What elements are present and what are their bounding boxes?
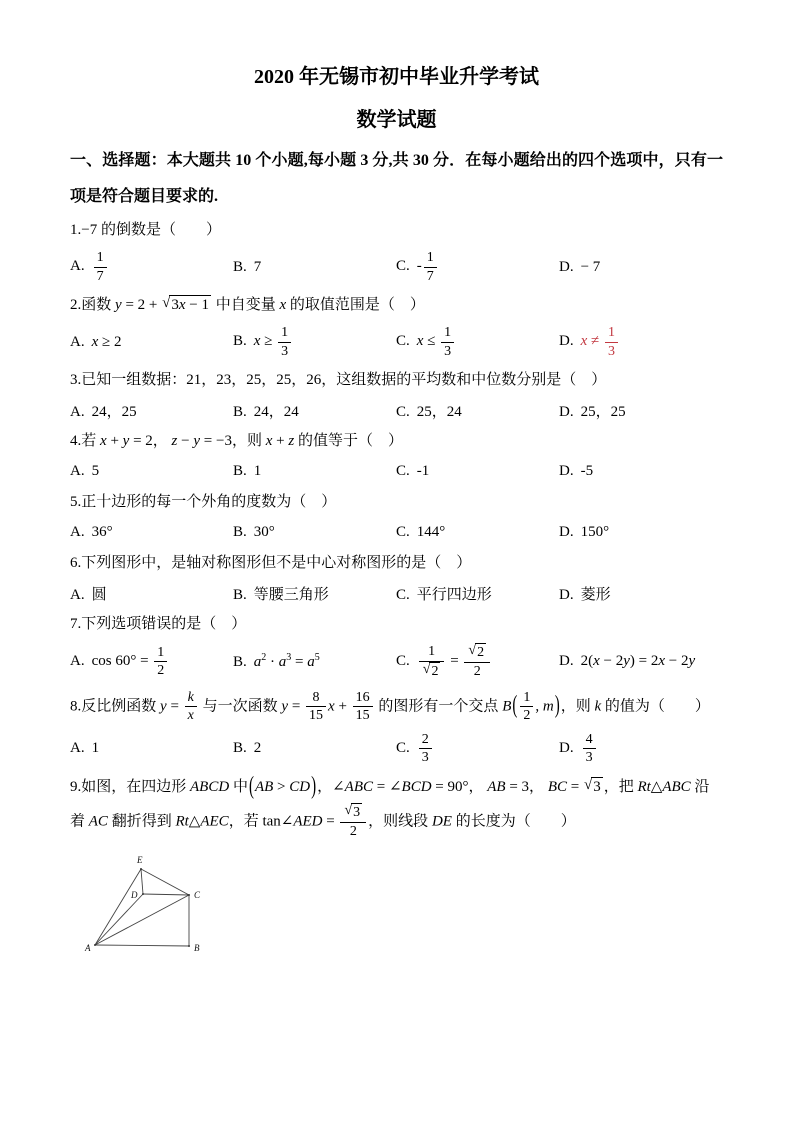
- math-text: 4: [586, 732, 593, 747]
- math-text: 4.若: [70, 433, 100, 449]
- option-label: D.: [559, 524, 574, 540]
- question-1: 1.−7 的倒数是（ ）A.17B.7C.-17D.− 7: [70, 218, 723, 285]
- math-variable: x: [328, 698, 335, 714]
- fraction-numerator: 1: [520, 689, 533, 708]
- math-text: 144°: [417, 524, 446, 540]
- figure-edge-AC: [95, 895, 189, 945]
- option-label: C.: [396, 333, 410, 349]
- question-stem: 6.下列图形中，是轴对称图形但不是中心对称图形的是（ ）: [70, 551, 723, 576]
- math-text: cos 60° =: [92, 653, 153, 669]
- math-text: 的值为（ ）: [601, 698, 710, 714]
- fraction: 13: [441, 324, 454, 360]
- question-stem: 7.下列选项错误的是（ ）: [70, 612, 723, 637]
- figure-edge-DC: [143, 894, 189, 895]
- math-text: =: [323, 813, 339, 829]
- figure-vertex-label-B: B: [194, 943, 200, 953]
- question-8: 8.反比例函数 y = kx 与一次函数 y = 815x + 1615 的图形…: [70, 689, 723, 767]
- math-text: 1: [281, 325, 288, 340]
- option-label: C.: [396, 463, 410, 479]
- math-text: 15: [309, 708, 323, 723]
- option-content: 25，25: [581, 404, 626, 420]
- math-text: ，则线段: [368, 813, 432, 829]
- fraction-numerator: 1: [94, 249, 107, 268]
- fraction-denominator: 2: [520, 707, 533, 725]
- options-row: A.x ≥ 2B.x ≥ 13C.x ≤ 13D.x ≠ 13: [70, 324, 723, 360]
- math-text: 1: [254, 463, 262, 479]
- fraction: 815: [306, 689, 326, 725]
- math-text: 沿: [691, 779, 710, 795]
- option-C: C.-17: [396, 249, 559, 285]
- radicand: 3x − 1: [169, 295, 211, 316]
- math-text: 6.下列图形中，是轴对称图形但不是中心对称图形的是（ ）: [70, 555, 471, 571]
- option-A: A.5: [70, 463, 233, 480]
- square-root: √2: [423, 662, 441, 681]
- radicand: 2: [429, 662, 440, 681]
- math-variable: ABC: [345, 779, 373, 795]
- math-text: 的长度为（ ）: [452, 813, 576, 829]
- fraction-denominator: 3: [605, 343, 618, 361]
- math-superscript: 5: [315, 652, 320, 663]
- option-A: A.24，25: [70, 400, 233, 421]
- figure-edge-AB: [95, 945, 189, 946]
- option-label: D.: [559, 653, 574, 669]
- math-text: 7.下列选项错误的是（ ）: [70, 616, 246, 632]
- fraction-numerator: k: [185, 689, 197, 708]
- math-variable: CD: [289, 779, 310, 795]
- fraction-numerator: 1: [605, 324, 618, 343]
- math-text: 8.反比例函数: [70, 698, 160, 714]
- option-label: A.: [70, 463, 85, 479]
- option-content: 24，25: [92, 404, 137, 420]
- math-text: +: [335, 698, 351, 714]
- math-variable: y: [160, 698, 167, 714]
- math-text: 7: [97, 269, 104, 284]
- fraction-denominator: 3: [583, 749, 596, 767]
- option-A: A.cos 60° = 12: [70, 644, 233, 680]
- math-text: 36°: [92, 524, 113, 540]
- math-text: >: [273, 779, 289, 795]
- option-D: D.-5: [559, 463, 723, 480]
- fraction-numerator: 1: [441, 324, 454, 343]
- option-label: C.: [396, 740, 410, 756]
- figure-vertex-E: [140, 868, 142, 870]
- fraction-denominator: 2: [464, 663, 490, 681]
- fraction-numerator: √3: [340, 803, 366, 823]
- math-variable: x: [188, 708, 194, 723]
- math-text: ，把: [604, 779, 638, 795]
- figure-vertex-D: [142, 893, 144, 895]
- square-root: √2: [468, 643, 486, 662]
- math-text: 7: [254, 259, 262, 275]
- option-content: 43: [581, 740, 598, 756]
- fraction-denominator: 2: [340, 823, 366, 841]
- fraction-denominator: 2: [154, 662, 167, 680]
- option-D: D.x ≠ 13: [559, 324, 723, 360]
- option-content: 25，24: [417, 404, 462, 420]
- section-heading: 一、选择题：本大题共 10 个小题,每小题 3 分,共 30 分．在每小题给出的…: [70, 143, 723, 215]
- options-row: A.36°B.30°C.144°D.150°: [70, 521, 723, 543]
- math-text: = ∠: [373, 779, 402, 795]
- question-9: 9.如图，在四边形 ABCD 中(AB > CD)，∠ABC = ∠BCD = …: [70, 775, 723, 965]
- math-text: 1: [444, 325, 451, 340]
- math-variable: BC: [548, 779, 567, 795]
- math-text: 1: [97, 250, 104, 265]
- option-label: D.: [559, 587, 574, 603]
- option-label: C.: [396, 258, 410, 274]
- question-list: 1.−7 的倒数是（ ）A.17B.7C.-17D.− 72.函数 y = 2 …: [70, 218, 723, 964]
- math-text: ) = 2: [630, 653, 658, 669]
- fraction-numerator: 1: [424, 249, 437, 268]
- math-text: 24，25: [92, 404, 137, 420]
- math-variable: AED: [293, 813, 322, 829]
- math-text: 2: [254, 740, 262, 756]
- question-6: 6.下列图形中，是轴对称图形但不是中心对称图形的是（ ）A.圆B.等腰三角形C.…: [70, 551, 723, 604]
- math-text: 16: [356, 690, 370, 705]
- option-content: 等腰三角形: [254, 587, 329, 603]
- option-content: 1: [92, 740, 100, 756]
- fraction: 12: [520, 689, 533, 725]
- math-variable: ABC: [662, 779, 690, 795]
- fraction: 13: [605, 324, 618, 360]
- math-text: 5: [92, 463, 100, 479]
- option-D: D.菱形: [559, 583, 723, 604]
- option-label: B.: [233, 333, 247, 349]
- math-text: 2.函数: [70, 297, 115, 313]
- fraction: 17: [424, 249, 437, 285]
- math-variable: AC: [89, 813, 108, 829]
- math-text: -5: [581, 463, 594, 479]
- option-content: 7: [254, 259, 262, 275]
- math-variable: y: [689, 653, 696, 669]
- option-label: A.: [70, 587, 85, 603]
- math-text: =: [167, 698, 183, 714]
- document-subtitle: 数学试题: [70, 105, 723, 135]
- option-A: A.圆: [70, 583, 233, 604]
- math-text: ≤: [423, 333, 439, 349]
- option-content: x ≤ 13: [417, 333, 456, 349]
- figure-vertex-label-C: C: [194, 890, 201, 900]
- option-B: B.1: [233, 463, 396, 480]
- math-text: +: [272, 433, 288, 449]
- option-label: D.: [559, 740, 574, 756]
- option-content: 24，24: [254, 404, 299, 420]
- option-C: C.144°: [396, 524, 559, 541]
- math-text: 3: [281, 344, 288, 359]
- figure-vertex-B: [188, 945, 190, 947]
- option-content: 2: [254, 740, 262, 756]
- math-variable: a: [307, 654, 315, 670]
- option-label: A.: [70, 653, 85, 669]
- option-label: A.: [70, 404, 85, 420]
- math-text: 的图形有一个交点: [375, 698, 503, 714]
- big-paren: ): [555, 685, 560, 728]
- math-text: 30°: [254, 524, 275, 540]
- option-content: 菱形: [581, 587, 611, 603]
- figure-vertex-C: [188, 894, 190, 896]
- math-text: 2: [350, 824, 357, 839]
- math-text: ≥ 2: [98, 334, 121, 350]
- math-variable: AEC: [200, 813, 228, 829]
- math-text: ≥: [260, 333, 276, 349]
- option-content: x ≥ 2: [92, 334, 122, 350]
- option-label: A.: [70, 740, 85, 756]
- square-root: √3x − 1: [162, 295, 211, 316]
- document-title: 2020 年无锡市初中毕业升学考试: [70, 62, 723, 92]
- math-text: 3: [171, 297, 179, 313]
- option-content: 30°: [254, 524, 275, 540]
- math-text: −: [177, 433, 193, 449]
- math-text: 平行四边形: [417, 587, 492, 603]
- figure-edge-AD: [95, 894, 143, 945]
- option-label: B.: [233, 587, 247, 603]
- math-text: − 1: [186, 297, 209, 313]
- math-text: = 3，: [506, 779, 548, 795]
- math-variable: AB: [255, 779, 273, 795]
- figure-vertex-label-D: D: [130, 890, 138, 900]
- exam-document-page: 2020 年无锡市初中毕业升学考试 数学试题 一、选择题：本大题共 10 个小题…: [0, 0, 793, 1122]
- math-variable: y: [623, 653, 630, 669]
- question-2: 2.函数 y = 2 + √3x − 1 中自变量 x 的取值范围是（ ）A.x…: [70, 293, 723, 360]
- option-label: B.: [233, 404, 247, 420]
- option-content: 17: [92, 258, 109, 274]
- option-label: A.: [70, 258, 85, 274]
- fraction: 23: [419, 731, 432, 767]
- fraction-denominator: 15: [353, 707, 373, 725]
- square-root: √3: [344, 803, 362, 822]
- option-label: B.: [233, 740, 247, 756]
- option-content: 1: [254, 463, 262, 479]
- math-text: = 2，: [129, 433, 171, 449]
- option-content: 5: [92, 463, 100, 479]
- math-text: =: [567, 779, 583, 795]
- option-label: D.: [559, 463, 574, 479]
- big-paren: (: [512, 685, 517, 728]
- option-content: 2(x − 2y) = 2x − 2y: [581, 653, 696, 669]
- option-label: C.: [396, 653, 410, 669]
- option-B: B.30°: [233, 524, 396, 541]
- math-text: − 2: [665, 653, 688, 669]
- math-text: +: [107, 433, 123, 449]
- fraction-numerator: 1: [278, 324, 291, 343]
- math-text: 中自变量: [212, 297, 280, 313]
- math-variable: BCD: [402, 779, 432, 795]
- figure-vertex-label-E: E: [136, 855, 143, 865]
- big-paren: ): [311, 766, 316, 809]
- option-content: 144°: [417, 524, 446, 540]
- big-paren: (: [249, 766, 254, 809]
- math-text: 1: [608, 325, 615, 340]
- math-text: 1: [523, 690, 530, 705]
- math-text: 中: [229, 779, 248, 795]
- math-text: 的取值范围是（ ）: [286, 297, 425, 313]
- math-text: = 90°，: [432, 779, 488, 795]
- math-text: 150°: [581, 524, 610, 540]
- question-stem: 5.正十边形的每一个外角的度数为（ ）: [70, 490, 723, 515]
- math-text: 2: [157, 663, 164, 678]
- figure-edge-ED: [141, 869, 143, 894]
- option-content: -17: [417, 258, 439, 274]
- math-text: 菱形: [581, 587, 611, 603]
- option-content: cos 60° = 12: [92, 653, 170, 669]
- math-text: -: [417, 258, 422, 274]
- math-text: ，∠: [317, 779, 345, 795]
- figure-edge-EC: [141, 869, 189, 895]
- fraction-denominator: 3: [441, 343, 454, 361]
- fraction-denominator: 15: [306, 707, 326, 725]
- fraction-denominator: 3: [278, 343, 291, 361]
- option-C: C.1√2 = √22: [396, 643, 559, 681]
- math-variable: y: [115, 297, 122, 313]
- math-text: 翻折得到: [108, 813, 176, 829]
- fraction: 1615: [353, 689, 373, 725]
- option-content: 23: [417, 740, 434, 756]
- math-text: = −3，则: [200, 433, 266, 449]
- fraction: 17: [94, 249, 107, 285]
- math-text: 15: [356, 708, 370, 723]
- option-label: B.: [233, 654, 247, 670]
- option-A: A.36°: [70, 524, 233, 541]
- option-label: D.: [559, 259, 574, 275]
- option-label: D.: [559, 404, 574, 420]
- math-text: 3: [353, 805, 360, 820]
- radicand: 2: [475, 643, 486, 662]
- math-text: ，若 tan∠: [229, 813, 294, 829]
- math-text: 2(: [581, 653, 594, 669]
- options-row: A.5B.1C.-1D.-5: [70, 460, 723, 482]
- option-content: 150°: [581, 524, 610, 540]
- fraction: kx: [185, 689, 197, 725]
- math-variable: B: [502, 698, 511, 714]
- question-stem: 着 AC 翻折得到 Rt△AEC，若 tan∠AED = √32，则线段 DE …: [70, 803, 723, 841]
- option-D: D.43: [559, 731, 723, 767]
- option-B: B.a2 · a3 = a5: [233, 652, 396, 671]
- option-label: A.: [70, 334, 85, 350]
- fraction: 13: [278, 324, 291, 360]
- math-text: 1.−7 的倒数是（ ）: [70, 222, 221, 238]
- option-A: A.x ≥ 2: [70, 334, 233, 351]
- fraction-numerator: √2: [464, 643, 490, 663]
- option-label: B.: [233, 259, 247, 275]
- figure-edge-AE: [95, 869, 141, 945]
- option-D: D.− 7: [559, 259, 723, 276]
- option-content: − 7: [581, 259, 601, 275]
- question-stem: 2.函数 y = 2 + √3x − 1 中自变量 x 的取值范围是（ ）: [70, 293, 723, 318]
- math-variable: x: [593, 653, 600, 669]
- math-text: =: [288, 698, 304, 714]
- option-D: D.150°: [559, 524, 723, 541]
- fraction-denominator: √2: [419, 662, 445, 681]
- fraction-denominator: 7: [94, 268, 107, 286]
- option-B: B.7: [233, 259, 396, 276]
- option-A: A.1: [70, 740, 233, 757]
- math-text: =: [446, 653, 462, 669]
- option-content: 1√2 = √22: [417, 653, 492, 669]
- math-text: − 2: [600, 653, 623, 669]
- option-content: 36°: [92, 524, 113, 540]
- math-variable: Rt: [175, 813, 188, 829]
- math-text: -1: [417, 463, 430, 479]
- math-text: 1: [92, 740, 100, 756]
- option-C: C.平行四边形: [396, 583, 559, 604]
- fraction-numerator: 16: [353, 689, 373, 708]
- fraction-numerator: 1: [419, 643, 445, 662]
- figure-vertex-label-A: A: [84, 943, 91, 953]
- radicand: 3: [591, 777, 603, 798]
- math-text: = 2 +: [122, 297, 161, 313]
- option-D: D.2(x − 2y) = 2x − 2y: [559, 653, 723, 670]
- math-text: ·: [266, 654, 279, 670]
- math-text: 3: [444, 344, 451, 359]
- fraction-denominator: 3: [419, 749, 432, 767]
- question-5: 5.正十边形的每一个外角的度数为（ ）A.36°B.30°C.144°D.150…: [70, 490, 723, 543]
- options-row: A.17B.7C.-17D.− 7: [70, 249, 723, 285]
- option-content: x ≠ 13: [581, 333, 620, 349]
- option-label: D.: [559, 333, 574, 349]
- option-label: A.: [70, 524, 85, 540]
- options-row: A.1B.2C.23D.43: [70, 731, 723, 767]
- option-A: A.17: [70, 249, 233, 285]
- option-B: B.2: [233, 740, 396, 757]
- question-stem: 1.−7 的倒数是（ ）: [70, 218, 723, 243]
- math-text: 3: [608, 344, 615, 359]
- math-variable: DE: [432, 813, 452, 829]
- question-stem: 8.反比例函数 y = kx 与一次函数 y = 815x + 1615 的图形…: [70, 689, 723, 725]
- radicand: 3: [351, 803, 362, 822]
- option-label: B.: [233, 524, 247, 540]
- question-stem: 4.若 x + y = 2， z − y = −3，则 x + z 的值等于（ …: [70, 429, 723, 454]
- option-B: B.等腰三角形: [233, 583, 396, 604]
- math-text: 1: [157, 645, 164, 660]
- options-row: A.24，25B.24，24C.25，24D.25，25: [70, 399, 723, 421]
- option-C: C.25，24: [396, 400, 559, 421]
- question-9-figure: ABCDE: [72, 844, 232, 964]
- option-content: -1: [417, 463, 430, 479]
- option-C: C.-1: [396, 463, 559, 480]
- option-label: C.: [396, 524, 410, 540]
- option-label: C.: [396, 587, 410, 603]
- math-text: ，则: [561, 698, 595, 714]
- option-D: D.25，25: [559, 400, 723, 421]
- math-text: 与一次函数: [199, 698, 282, 714]
- math-text: 2: [523, 708, 530, 723]
- math-text: 等腰三角形: [254, 587, 329, 603]
- option-label: B.: [233, 463, 247, 479]
- fraction-denominator: x: [185, 707, 197, 725]
- math-text: 7: [427, 269, 434, 284]
- math-variable: k: [188, 690, 194, 705]
- fraction-numerator: 8: [306, 689, 326, 708]
- math-text: △: [651, 779, 663, 795]
- math-text: =: [291, 654, 307, 670]
- math-variable: AB: [487, 779, 505, 795]
- math-text: 3: [593, 779, 601, 795]
- math-variable: m: [543, 698, 554, 714]
- math-text: 2: [431, 664, 438, 679]
- math-text: 25，24: [417, 404, 462, 420]
- fraction-numerator: 1: [154, 644, 167, 663]
- math-text: 2: [474, 664, 481, 679]
- math-text: 24，24: [254, 404, 299, 420]
- option-content: 圆: [92, 587, 107, 603]
- fraction: 43: [583, 731, 596, 767]
- fraction-numerator: 2: [419, 731, 432, 750]
- math-variable: x: [100, 433, 107, 449]
- options-row: A.cos 60° = 12B.a2 · a3 = a5C.1√2 = √22D…: [70, 643, 723, 681]
- fraction: 1√2: [419, 643, 445, 681]
- option-B: B.x ≥ 13: [233, 324, 396, 360]
- math-text: − 7: [581, 259, 601, 275]
- square-root: √3: [584, 777, 603, 798]
